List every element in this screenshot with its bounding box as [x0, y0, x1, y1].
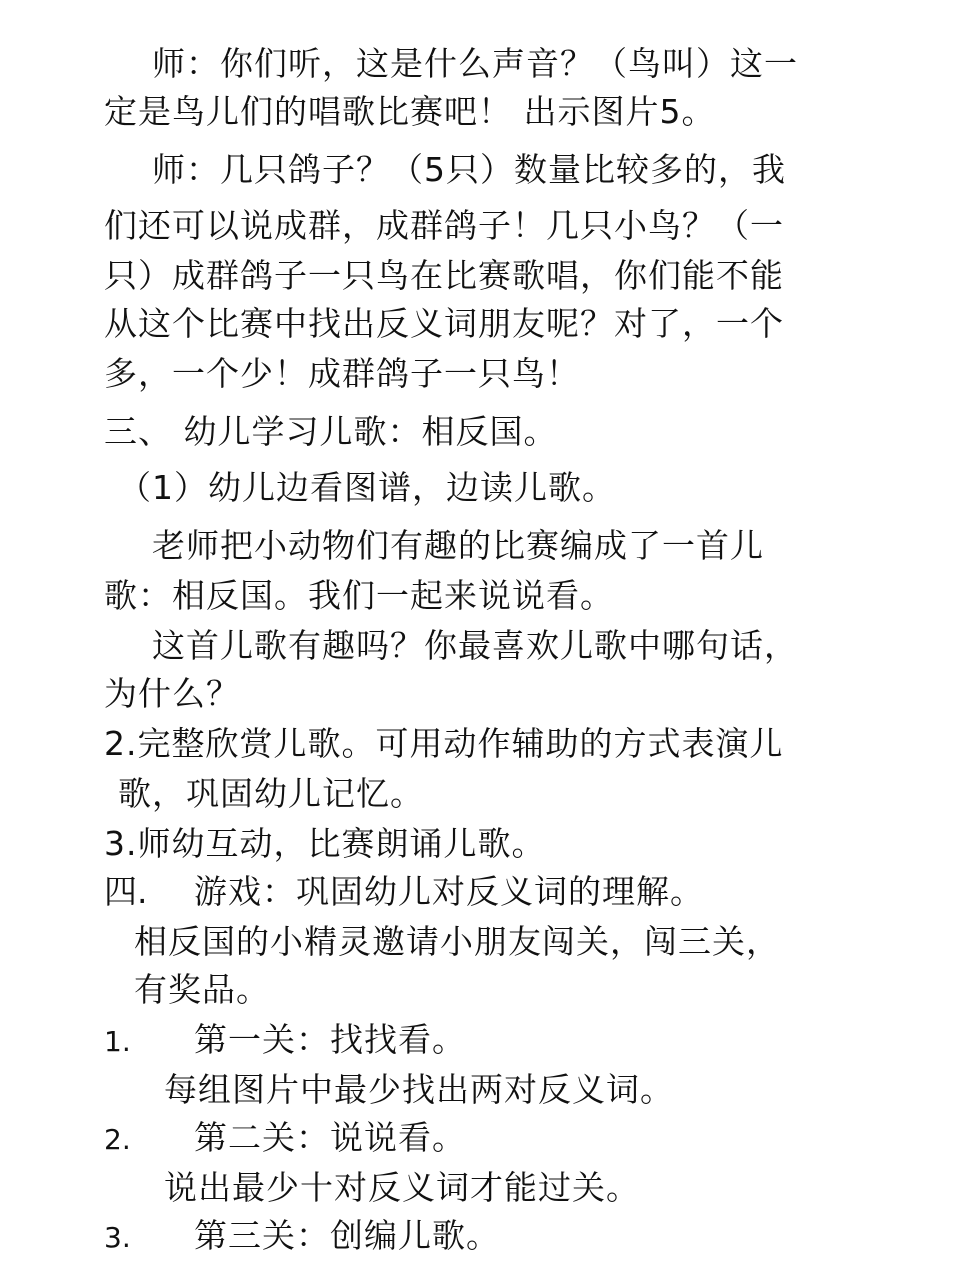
level-title: 第一关：找找看。 — [194, 1020, 466, 1060]
paragraph-line: 只）成群鸽子一只鸟在比赛歌唱，你们能不能 — [104, 256, 784, 296]
paragraph-line: 老师把小动物们有趣的比赛编成了一首儿 — [152, 526, 764, 566]
level-title: 第二关：说说看。 — [194, 1118, 466, 1158]
document-page: 师：你们听，这是什么声音？（鸟叫）这一 定是鸟儿们的唱歌比赛吧！ 出示图片5。 … — [0, 0, 960, 1280]
section-heading: 游戏：巩固幼儿对反义词的理解。 — [194, 872, 704, 912]
paragraph-line: 师：你们听，这是什么声音？（鸟叫）这一 — [152, 44, 798, 84]
level-title: 第三关：创编儿歌。 — [194, 1216, 500, 1256]
list-item-continuation: 歌，巩固幼儿记忆。 — [118, 774, 424, 814]
paragraph-line: 定是鸟儿们的唱歌比赛吧！ 出示图片5。 — [104, 92, 716, 132]
level-number: 3. — [104, 1218, 131, 1258]
list-item: 2.完整欣赏儿歌。可用动作辅助的方式表演儿 — [104, 724, 784, 764]
paragraph-line: 歌：相反国。我们一起来说说看。 — [104, 576, 614, 616]
list-item: 3.师幼互动，比赛朗诵儿歌。 — [104, 824, 546, 864]
section-number: 四. — [104, 872, 148, 912]
paragraph-line: 为什么？ — [104, 674, 240, 714]
subsection-heading: （1）幼儿边看图谱，边读儿歌。 — [118, 468, 616, 508]
paragraph-line: 们还可以说成群，成群鸽子！几只小鸟？（一 — [104, 206, 784, 246]
paragraph-line: 有奖品。 — [134, 970, 270, 1010]
section-heading: 三、 幼儿学习儿歌：相反国。 — [104, 412, 558, 452]
level-description: 说出最少十对反义词才能过关。 — [164, 1168, 640, 1208]
paragraph-line: 从这个比赛中找出反义词朋友呢？对了，一个 — [104, 304, 784, 344]
paragraph-line: 这首儿歌有趣吗？你最喜欢儿歌中哪句话， — [152, 626, 798, 666]
paragraph-line: 多，一个少！成群鸽子一只鸟！ — [104, 354, 580, 394]
level-number: 2. — [104, 1120, 131, 1160]
paragraph-line: 相反国的小精灵邀请小朋友闯关，闯三关， — [134, 922, 780, 962]
paragraph-line: 师：几只鸽子？（5只）数量比较多的，我 — [152, 150, 786, 190]
level-description: 每组图片中最少找出两对反义词。 — [164, 1070, 674, 1110]
level-number: 1. — [104, 1022, 131, 1062]
